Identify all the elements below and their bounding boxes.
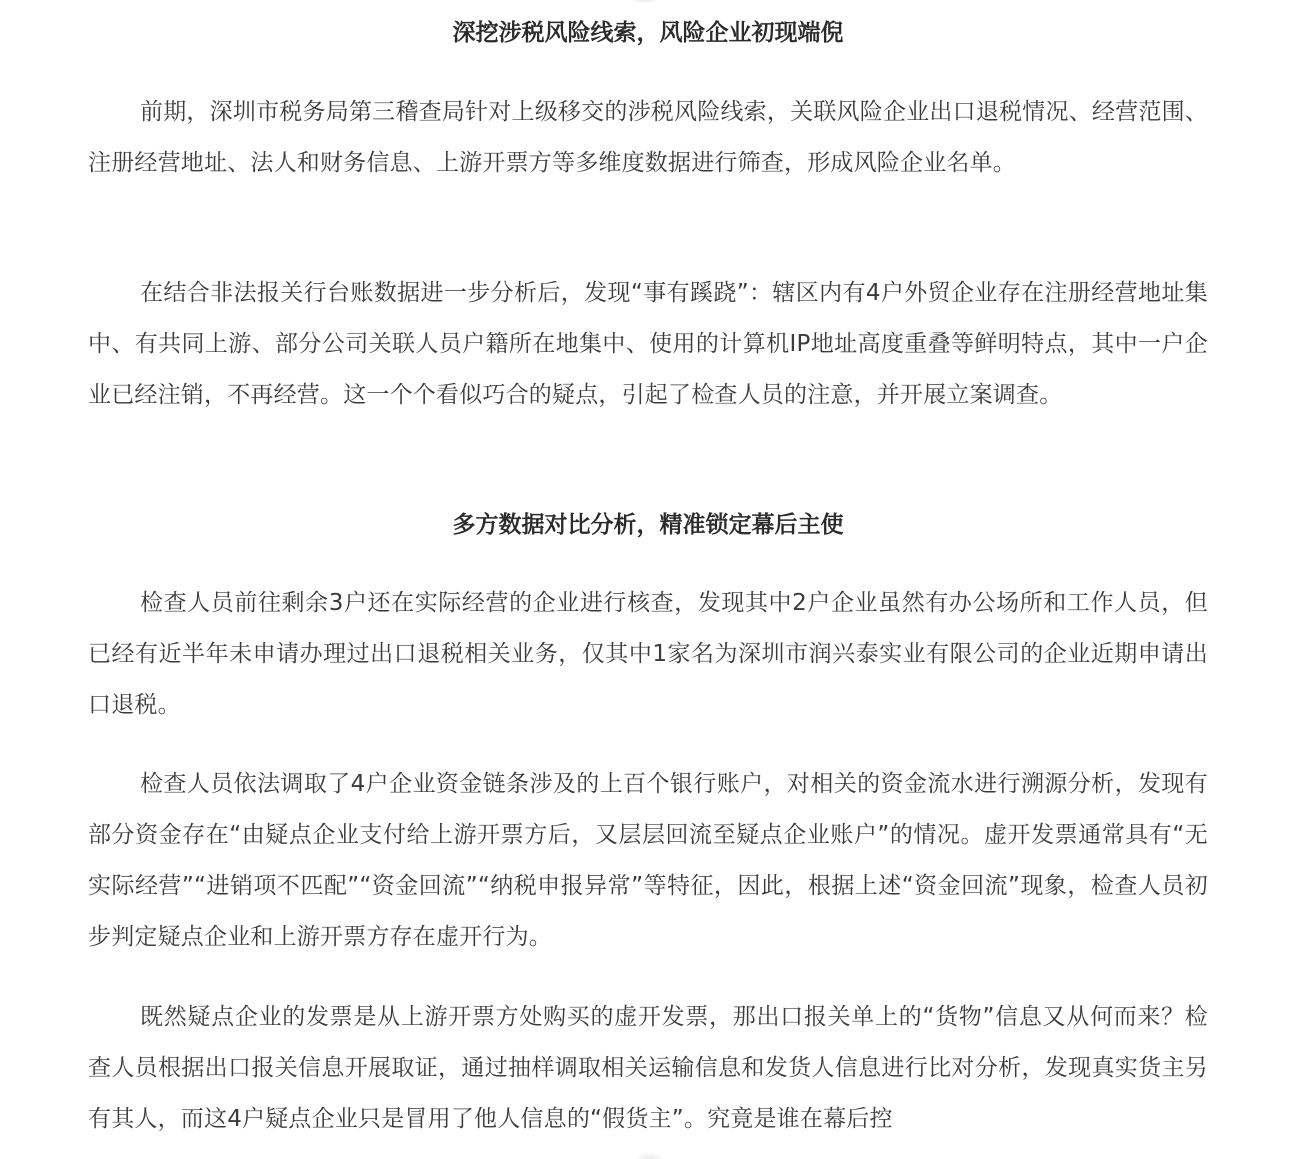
bottom-scroll-shadow [635, 1152, 665, 1159]
paragraph-suspicious-enterprises: 在结合非法报关行台账数据进一步分析后，发现“事有蹊跷”：辖区内有4户外贸企业存在… [88, 268, 1208, 421]
paragraph-fund-tracing: 检查人员依法调取了4户企业资金链条涉及的上百个银行账户，对相关的资金流水进行溯源… [88, 759, 1208, 963]
top-scroll-shadow [630, 0, 660, 4]
paragraph-fake-cargo-owner: 既然疑点企业的发票是从上游开票方处购买的虚开发票，那出口报关单上的“货物”信息又… [88, 992, 1208, 1145]
paragraph-risk-screening: 前期，深圳市税务局第三稽查局针对上级移交的涉税风险线索，关联风险企业出口退税情况… [88, 87, 1208, 189]
paragraph-onsite-verification: 检查人员前往剩余3户还在实际经营的企业进行核查，发现其中2户企业虽然有办公场所和… [88, 578, 1208, 731]
section-heading-risk-clues: 深挖涉税风险线索，风险企业初现端倪 [88, 18, 1208, 48]
section-heading-data-analysis: 多方数据对比分析，精准锁定幕后主使 [88, 510, 1208, 540]
